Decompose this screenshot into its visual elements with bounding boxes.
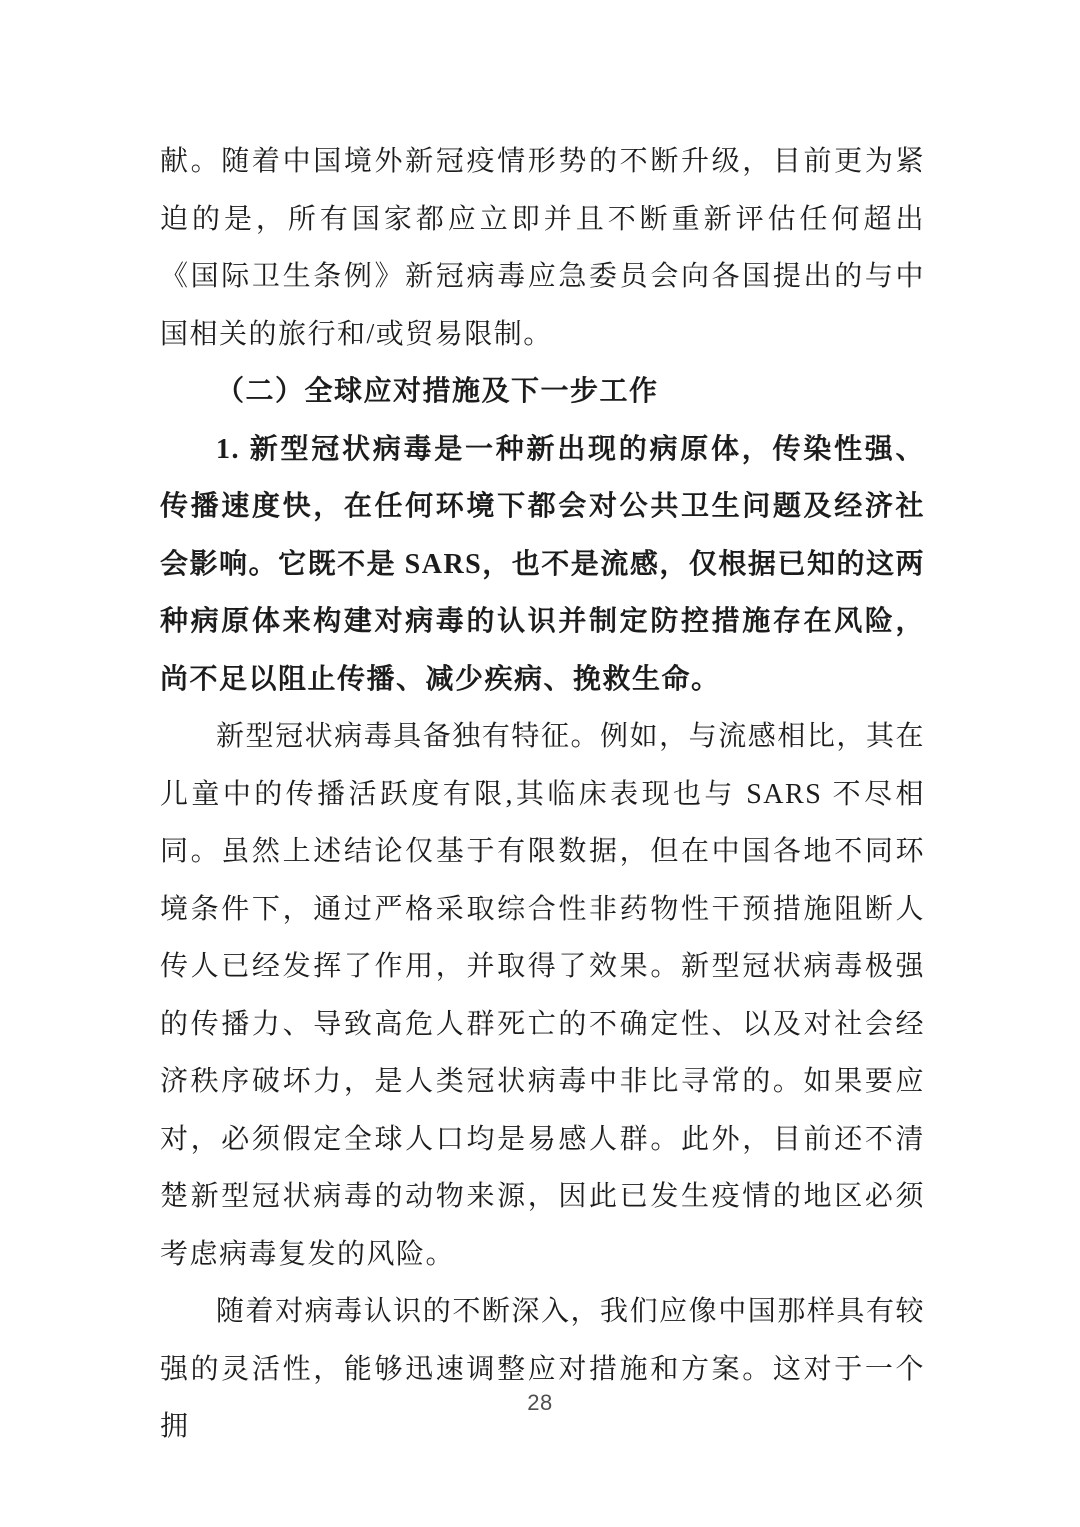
body-paragraph: 新型冠状病毒具备独有特征。例如，与流感相比，其在儿童中的传播活跃度有限,其临床表… [160,708,925,1283]
numbered-point-paragraph: 1. 新型冠状病毒是一种新出现的病原体，传染性强、传播速度快，在任何环境下都会对… [160,421,925,709]
paragraph-continuation: 献。随着中国境外新冠疫情形势的不断升级，目前更为紧迫的是，所有国家都应立即并且不… [160,133,925,363]
body-paragraph-last: 随着对病毒认识的不断深入，我们应像中国那样具有较强的灵活性，能够迅速调整应对措施… [160,1283,925,1456]
section-heading: （二）全球应对措施及下一步工作 [160,363,925,421]
page-number: 28 [0,1390,1080,1416]
document-page: 献。随着中国境外新冠疫情形势的不断升级，目前更为紧迫的是，所有国家都应立即并且不… [0,0,1080,1527]
